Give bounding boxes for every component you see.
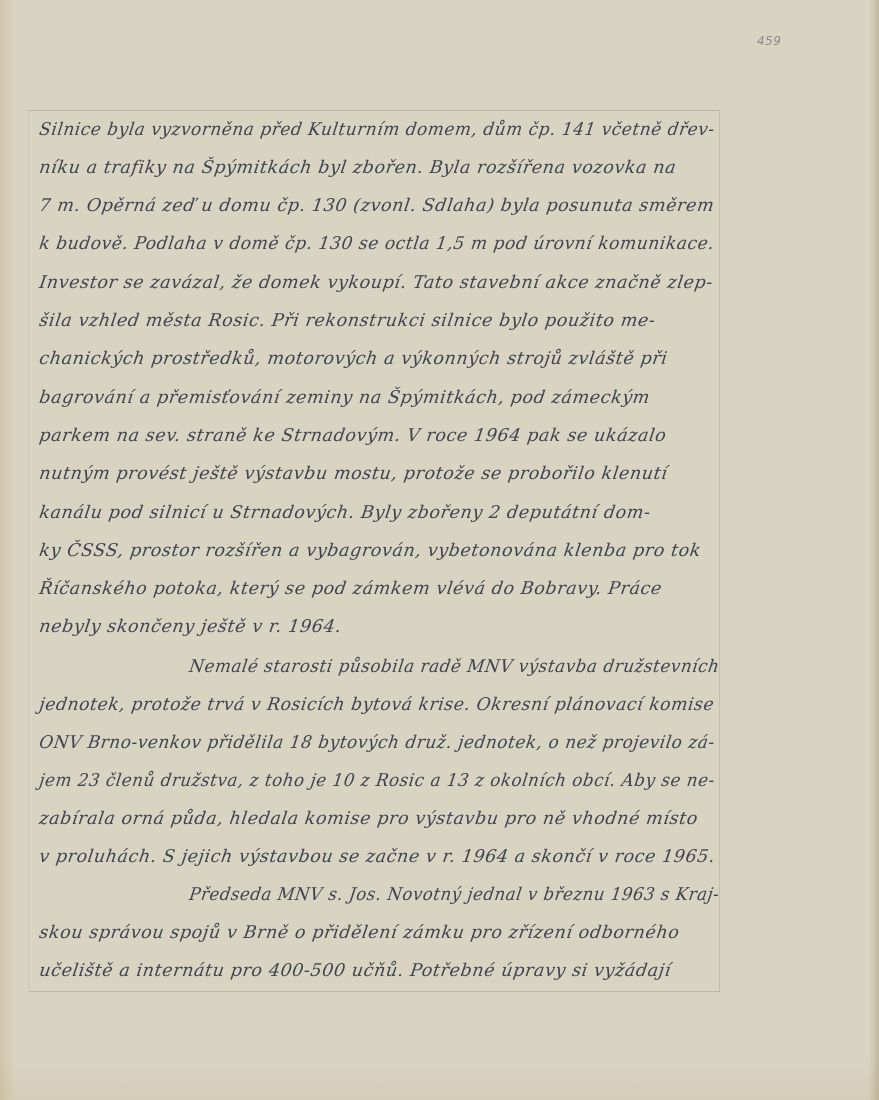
- text-line: parkem na sev. straně ke Strnadovým. V r…: [36, 426, 668, 460]
- text-line: zabírala orná půda, hledala komise pro v…: [36, 809, 699, 843]
- text-line: 7 m. Opěrná zeď u domu čp. 130 (zvonl. S…: [36, 196, 716, 230]
- page-number: 459: [757, 34, 781, 48]
- text-line: skou správou spojů v Brně o přidělení zá…: [36, 923, 681, 957]
- text-line: níku a trafiky na Špýmitkách byl zbořen.…: [36, 158, 678, 192]
- text-line: Silnice byla vyzvorněna před Kulturním d…: [36, 120, 716, 154]
- text-line: bagrování a přemisťování zeminy na Špými…: [36, 388, 651, 422]
- text-line: v proluhách. S jejich výstavbou se začne…: [36, 847, 716, 881]
- text-line: učeliště a internátu pro 400-500 učňů. P…: [36, 961, 672, 995]
- text-line: jem 23 členů družstva, z toho je 10 z Ro…: [36, 771, 716, 805]
- text-line: ky ČSSS, prostor rozšířen a vybagrován, …: [36, 541, 702, 575]
- text-line: nebyly skončeny ještě v r. 1964.: [36, 617, 343, 651]
- text-line: šila vzhled města Rosic. Při rekonstrukc…: [36, 311, 657, 345]
- text-line: Říčanského potoka, který se pod zámkem v…: [36, 579, 663, 613]
- text-line: Předseda MNV s. Jos. Novotný jednal v bř…: [186, 885, 721, 919]
- text-line: Investor se zavázal, že domek vykoupí. T…: [36, 273, 714, 307]
- text-line: Nemalé starosti působila radě MNV výstav…: [186, 657, 721, 691]
- text-line: k budově. Podlaha v domě čp. 130 se octl…: [36, 234, 716, 268]
- text-line: ONV Brno-venkov přidělila 18 bytových dr…: [36, 733, 716, 767]
- text-line: jednotek, protože trvá v Rosicích bytová…: [36, 695, 716, 729]
- text-line: kanálu pod silnicí u Strnadových. Byly z…: [36, 503, 652, 537]
- text-line: chanických prostředků, motorových a výko…: [36, 349, 669, 383]
- text-line: nutným provést ještě výstavbu mostu, pro…: [36, 464, 669, 498]
